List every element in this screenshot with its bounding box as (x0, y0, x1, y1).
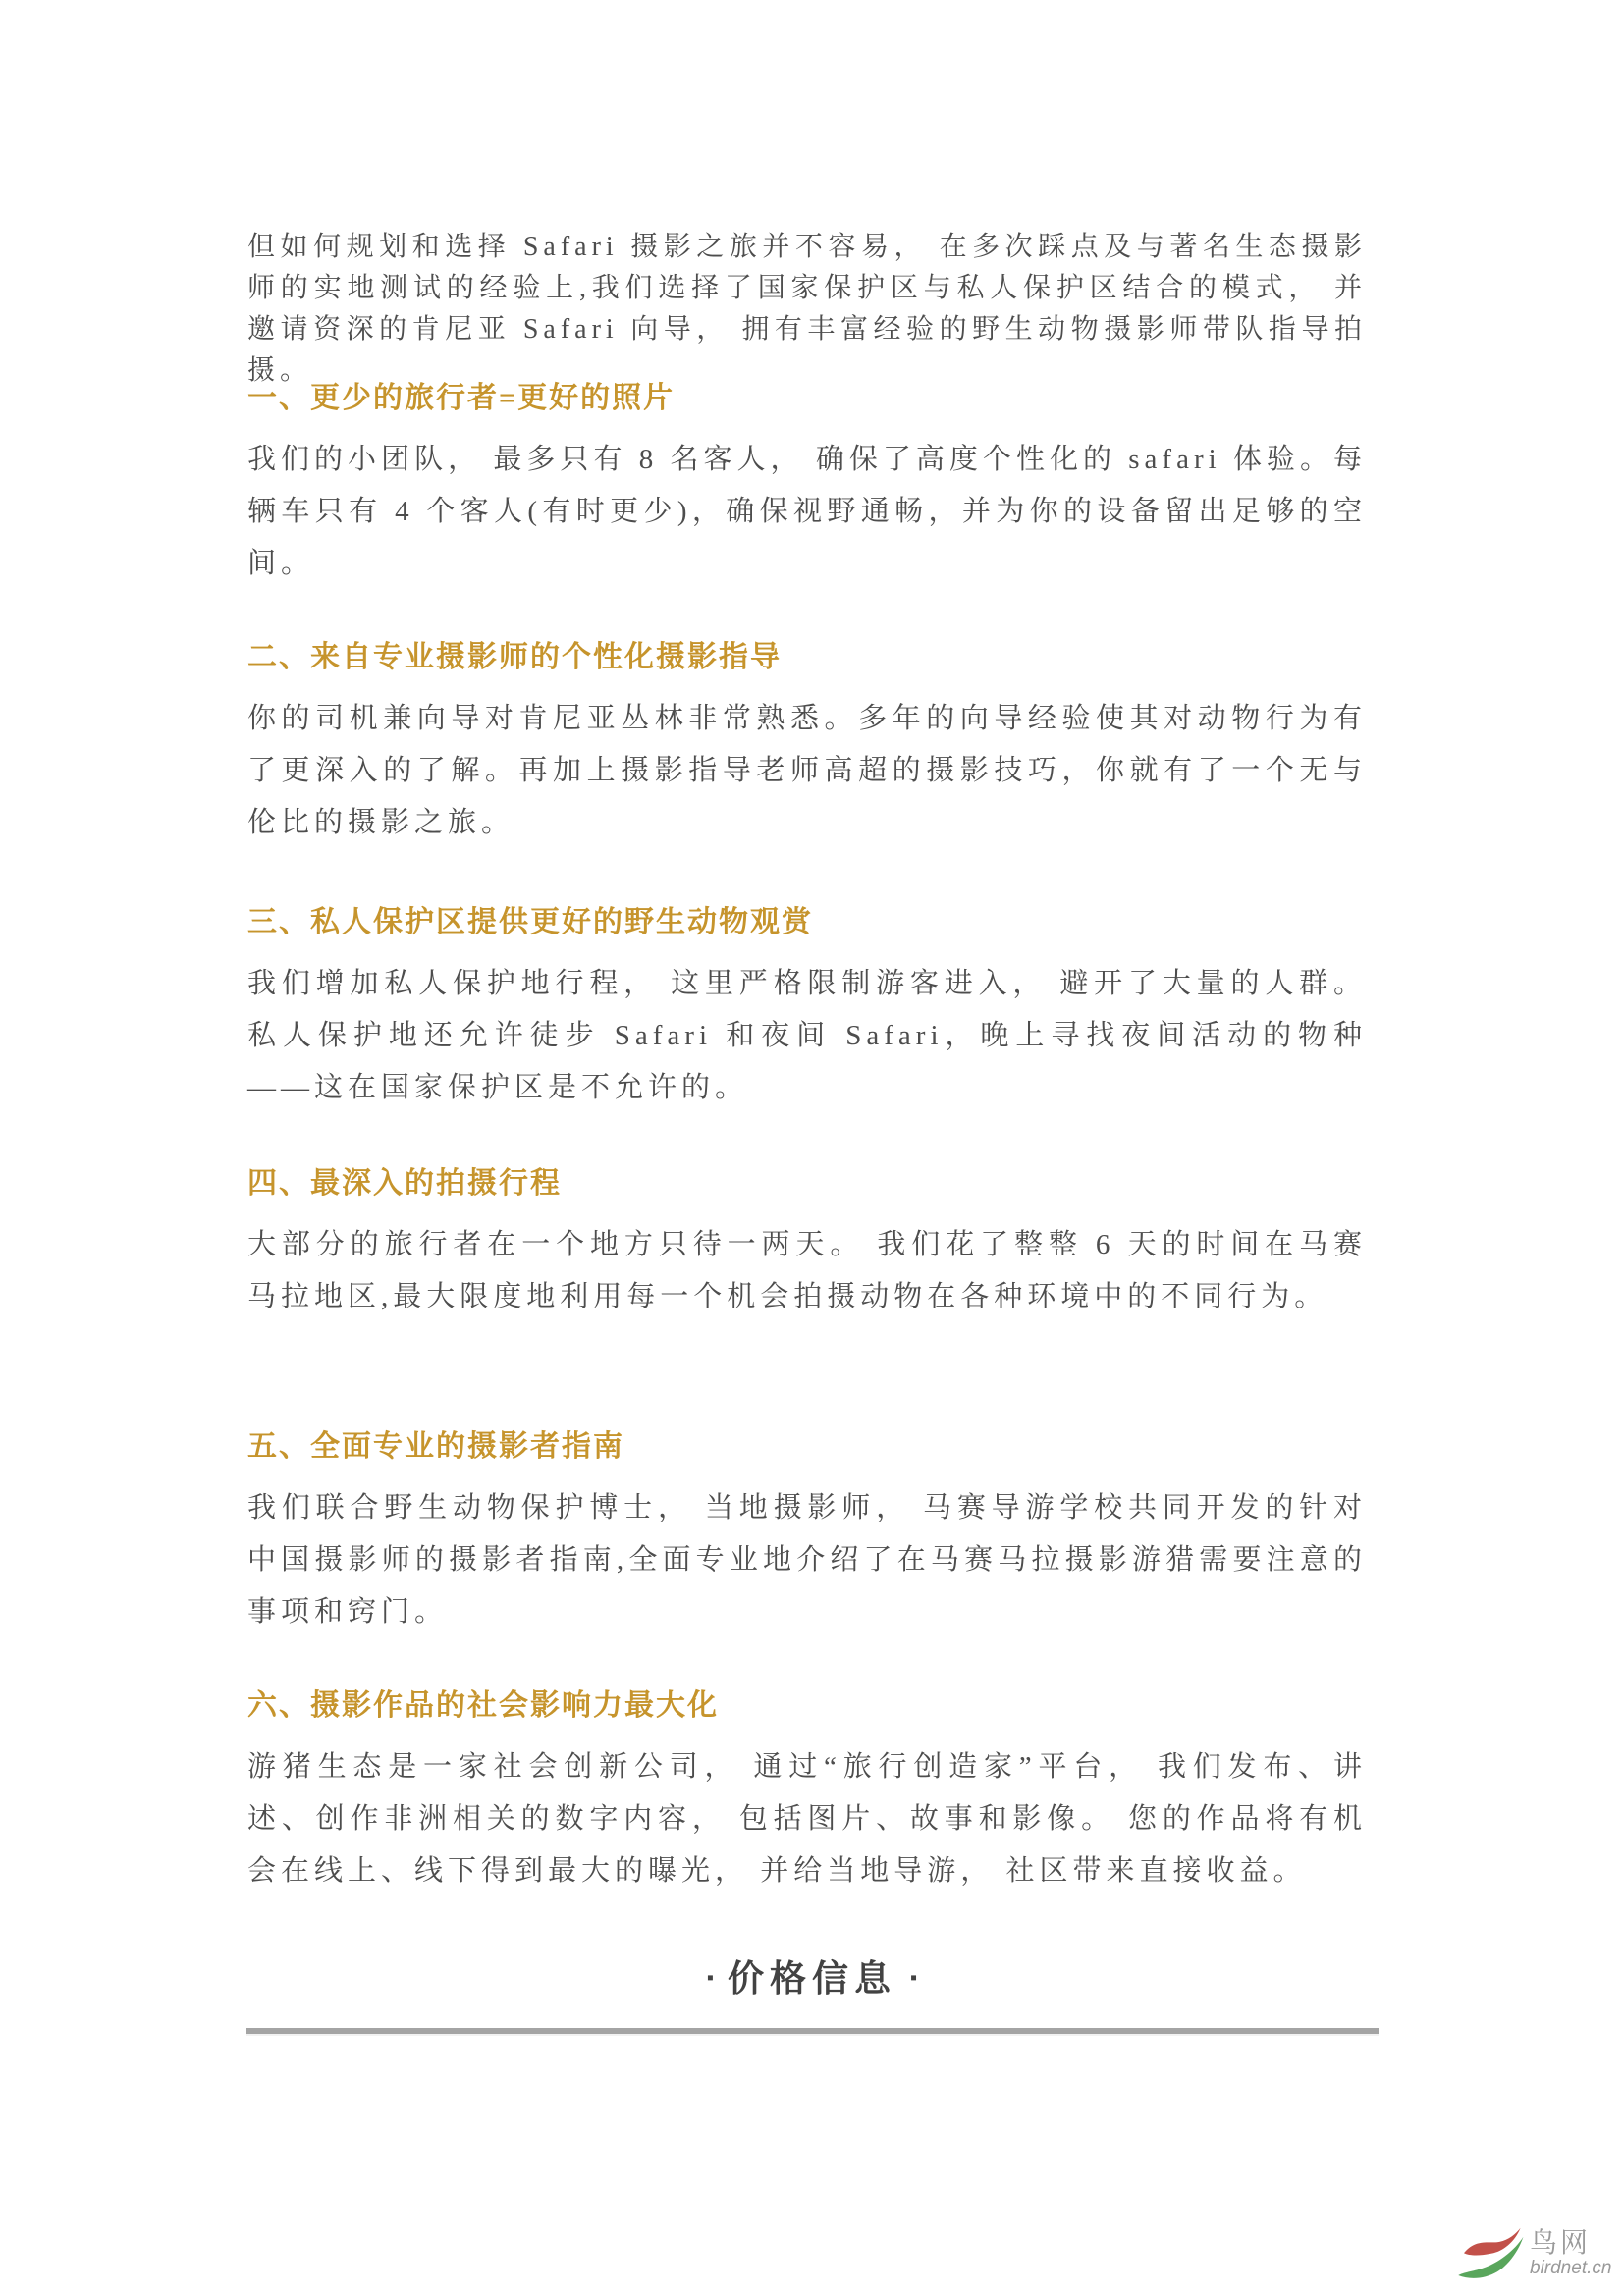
section-1-body: 我们的小团队， 最多只有 8 名客人， 确保了高度个性化的 safari 体验。… (247, 434, 1367, 590)
price-title-text: 价格信息 (728, 1959, 896, 2000)
section-2-body: 你的司机兼向导对肯尼亚丛林非常熟悉。多年的向导经验使其对动物行为有了更深入的了解… (247, 693, 1367, 849)
section-5: 五、全面专业的摄影者指南 我们联合野生动物保护博士， 当地摄影师， 马赛导游学校… (247, 1427, 1367, 1638)
intro-paragraph: 但如何规划和选择 Safari 摄影之旅并不容易， 在多次踩点及与著名生态摄影师… (247, 227, 1367, 392)
section-4-heading: 四、最深入的拍摄行程 (247, 1164, 1367, 1203)
title-right-dot: ▪ (896, 1967, 931, 1990)
section-6-body: 游猪生态是一家社会创新公司， 通过“旅行创造家”平台， 我们发布、讲述、创作非洲… (247, 1741, 1367, 1897)
section-5-body: 我们联合野生动物保护博士， 当地摄影师， 马赛导游学校共同开发的针对中国摄影师的… (247, 1482, 1367, 1638)
section-3-heading: 三、私人保护区提供更好的野生动物观赏 (247, 903, 1367, 942)
section-4-body: 大部分的旅行者在一个地方只待一两天。 我们花了整整 6 天的时间在马赛马拉地区,… (247, 1219, 1367, 1323)
section-2-heading: 二、来自专业摄影师的个性化摄影指导 (247, 638, 1367, 677)
bird-swoosh-icon (1455, 2222, 1526, 2285)
section-3: 三、私人保护区提供更好的野生动物观赏 我们增加私人保护地行程， 这里严格限制游客… (247, 903, 1367, 1114)
price-section-title: ▪价格信息▪ (0, 1949, 1624, 2002)
title-left-dot: ▪ (693, 1967, 728, 1990)
logo-text-domain: birdnet.cn (1530, 2259, 1611, 2278)
section-6: 六、摄影作品的社会影响力最大化 游猪生态是一家社会创新公司， 通过“旅行创造家”… (247, 1686, 1367, 1897)
section-6-heading: 六、摄影作品的社会影响力最大化 (247, 1686, 1367, 1726)
section-3-body: 我们增加私人保护地行程， 这里严格限制游客进入， 避开了大量的人群。私人保护地还… (247, 958, 1367, 1114)
section-1: 一、更少的旅行者=更好的照片 我们的小团队， 最多只有 8 名客人， 确保了高度… (247, 379, 1367, 590)
birdnet-logo: 鸟网 birdnet.cn (1455, 2218, 1622, 2289)
section-2: 二、来自专业摄影师的个性化摄影指导 你的司机兼向导对肯尼亚丛林非常熟悉。多年的向… (247, 638, 1367, 849)
logo-text-block: 鸟网 birdnet.cn (1530, 2229, 1611, 2277)
document-page: 但如何规划和选择 Safari 摄影之旅并不容易， 在多次踩点及与著名生态摄影师… (0, 0, 1624, 2296)
logo-text-cn: 鸟网 (1530, 2229, 1611, 2258)
section-5-heading: 五、全面专业的摄影者指南 (247, 1427, 1367, 1467)
section-4: 四、最深入的拍摄行程 大部分的旅行者在一个地方只待一两天。 我们花了整整 6 天… (247, 1164, 1367, 1323)
section-1-heading: 一、更少的旅行者=更好的照片 (247, 379, 1367, 418)
section-divider (246, 2028, 1379, 2036)
